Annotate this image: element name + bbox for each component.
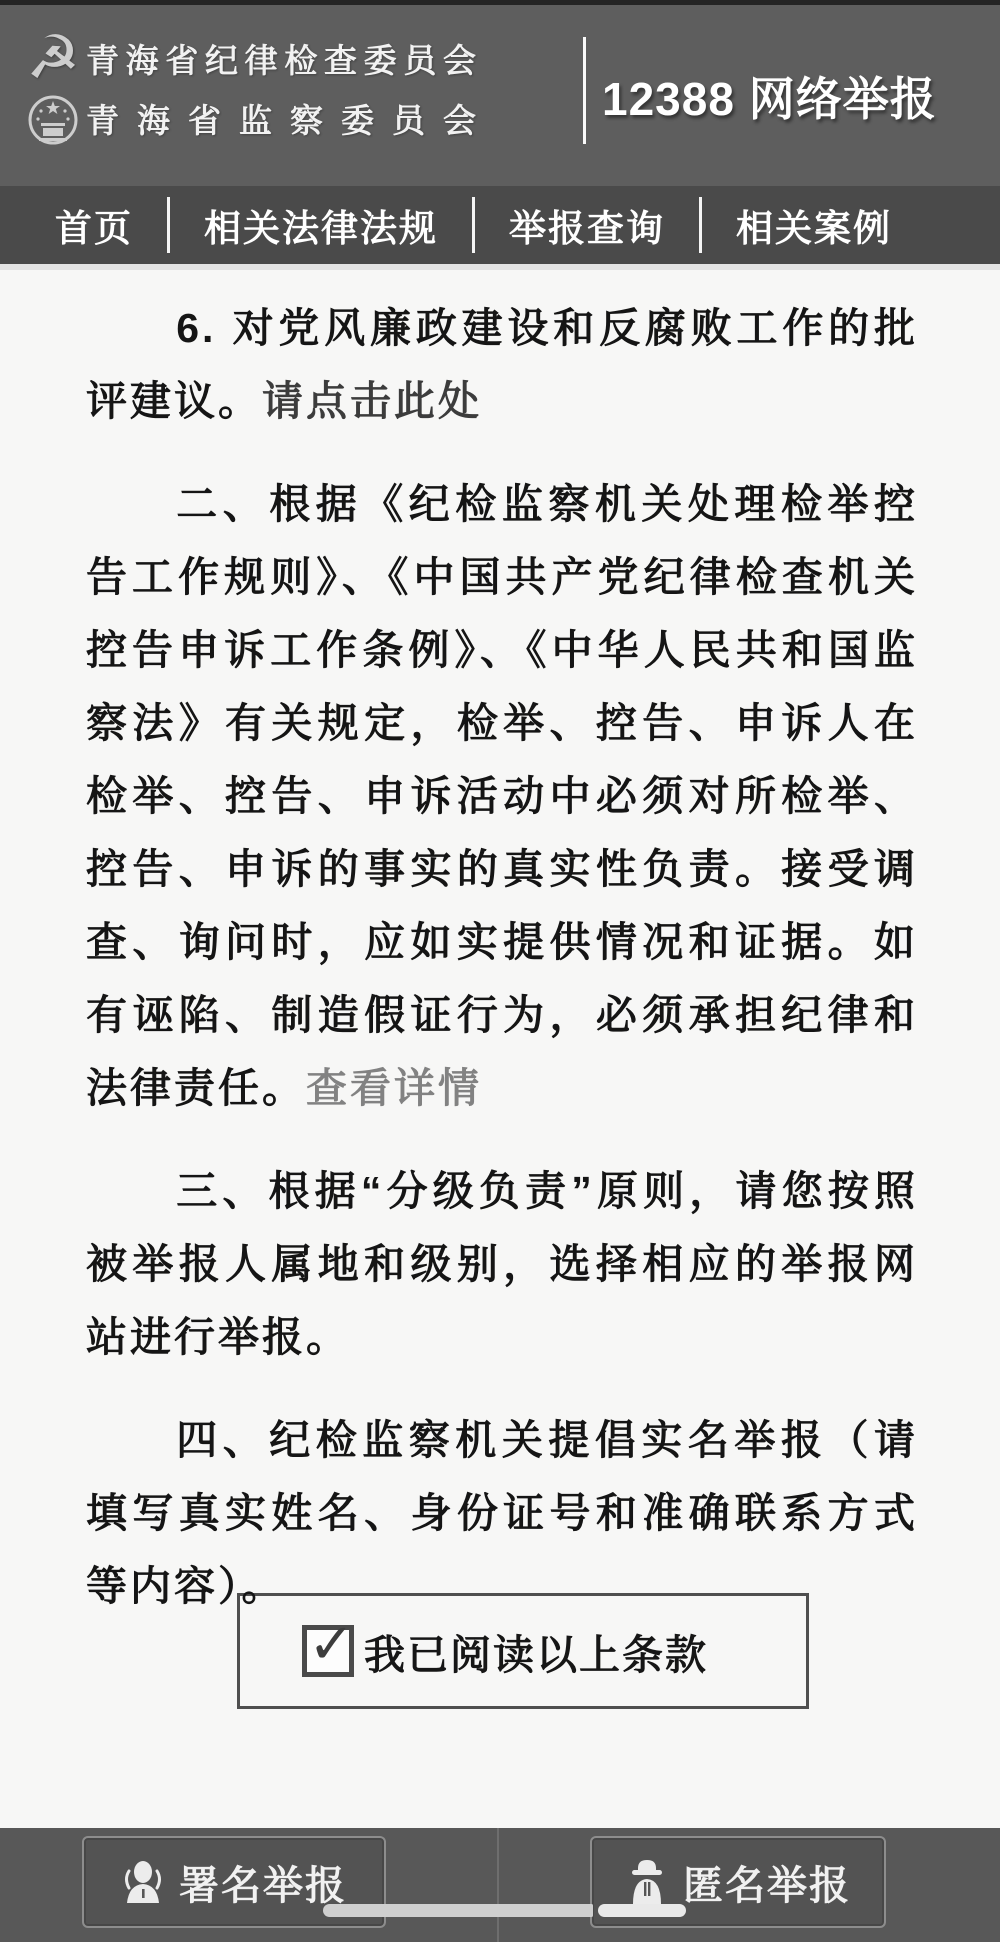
org-names: 青海省纪律检查委员会 青海省监察委员会 xyxy=(86,39,476,159)
paragraph-4-text: 四、纪检监察机关提倡实名举报（请填写真实姓名、身份证号和准确联系方式等内容）。 xyxy=(86,1417,918,1609)
site-title: 12388 网络举报 xyxy=(602,63,982,129)
paragraph-4: 四、纪检监察机关提倡实名举报（请填写真实姓名、身份证号和准确联系方式等内容）。 xyxy=(86,1404,918,1623)
emblem-column: ☭ xyxy=(24,27,82,147)
nav-bar: 首页 相关法律法规 举报查询 相关案例 xyxy=(0,186,1000,264)
national-emblem-icon xyxy=(27,93,79,147)
nav-item-laws[interactable]: 相关法律法规 xyxy=(204,198,438,252)
paragraph-2: 二、根据《纪检监察机关处理检举控告工作规则》、《中国共产党纪律检查机关控告申诉工… xyxy=(86,468,918,1125)
person-icon xyxy=(121,1859,165,1905)
paragraph-2-text: 二、根据《纪检监察机关处理检举控告工作规则》、《中国共产党纪律检查机关控告申诉工… xyxy=(86,481,918,1111)
page: ☭ 青海省纪律检查委员会 青海省监察委员会 12388 网络举报 xyxy=(0,0,1000,1942)
paragraph-6: 6. 对党风廉政建设和反腐败工作的批评建议。请点击此处 xyxy=(86,292,918,438)
nav-divider xyxy=(472,197,475,253)
header: ☭ 青海省纪律检查委员会 青海省监察委员会 12388 网络举报 xyxy=(0,5,1000,186)
header-divider xyxy=(583,37,586,144)
nav-item-home[interactable]: 首页 xyxy=(55,198,133,252)
scrollbar-thumb-end[interactable] xyxy=(598,1904,686,1917)
party-emblem-icon: ☭ xyxy=(24,27,82,89)
nav-item-cases[interactable]: 相关案例 xyxy=(736,198,892,252)
org-line-2: 青海省监察委员会 xyxy=(86,99,476,143)
nav-item-report-query[interactable]: 举报查询 xyxy=(509,198,665,252)
footer-divider xyxy=(497,1828,499,1942)
terms-checkbox-label: 我已阅读以上条款 xyxy=(364,1622,708,1681)
anonymous-report-label: 匿名举报 xyxy=(683,1854,851,1911)
anonymous-person-icon xyxy=(625,1858,669,1906)
scrollbar-thumb[interactable] xyxy=(323,1904,593,1917)
main-content: 6. 对党风廉政建设和反腐败工作的批评建议。请点击此处 二、根据《纪检监察机关处… xyxy=(0,270,1000,1828)
paragraph-6-text: 6. 对党风廉政建设和反腐败工作的批评建议。 xyxy=(86,305,918,424)
org-line-1: 青海省纪律检查委员会 xyxy=(86,39,476,83)
nav-divider xyxy=(699,197,702,253)
signed-report-label: 署名举报 xyxy=(179,1854,347,1911)
click-here-link[interactable]: 请点击此处 xyxy=(262,378,482,424)
paragraph-3: 三、根据“分级负责”原则，请您按照被举报人属地和级别，选择相应的举报网站进行举报… xyxy=(86,1155,918,1374)
terms-checkbox[interactable]: ✓ xyxy=(302,1625,354,1677)
paragraph-3-text: 三、根据“分级负责”原则，请您按照被举报人属地和级别，选择相应的举报网站进行举报… xyxy=(86,1168,918,1360)
checkmark-icon: ✓ xyxy=(308,1616,355,1672)
nav-divider xyxy=(167,197,170,253)
view-details-link[interactable]: 查看详情 xyxy=(306,1065,482,1111)
footer-bar: 署名举报 匿名举报 xyxy=(0,1828,1000,1942)
horizontal-scrollbar[interactable] xyxy=(323,1904,686,1917)
